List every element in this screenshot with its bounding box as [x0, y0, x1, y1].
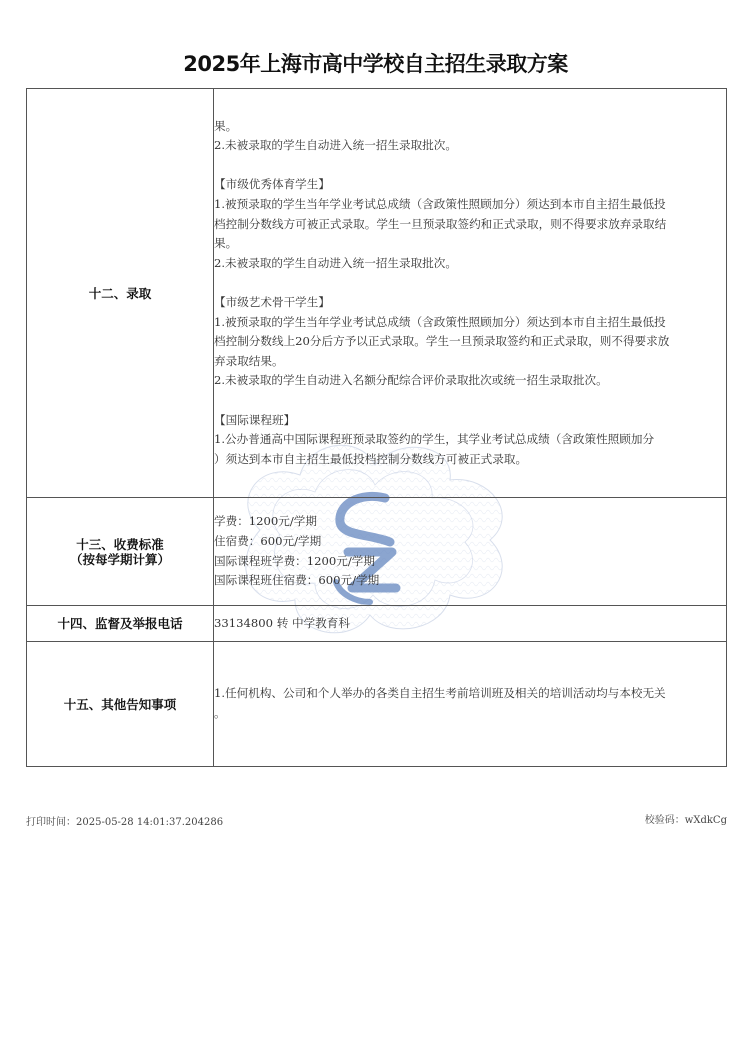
blank-line: [214, 273, 726, 293]
blank-line: [214, 156, 726, 176]
content-line: 1.被预录取的学生当年学业考试总成绩（含政策性照顾加分）须达到本市自主招生最低投: [214, 195, 726, 215]
hotline-text: 33134800 转 中学教育科: [214, 614, 726, 634]
section-content: 1.任何机构、公司和个人举办的各类自主招生考前培训班及相关的培训活动均与本校无关…: [214, 642, 727, 767]
section-content: 果。 2.未被录取的学生自动进入统一招生录取批次。 【市级优秀体育学生】 1.被…: [214, 89, 727, 498]
subsection-heading: 【市级艺术骨干学生】: [214, 293, 726, 313]
section-content: 学费：1200元/学期 住宿费：600元/学期 国际课程班学费：1200元/学期…: [214, 498, 727, 606]
section-row-fees: 十三、收费标准 （按每学期计算） 学费：1200元/学期 住宿费：600元/学期…: [27, 498, 727, 606]
fee-line: 国际课程班住宿费：600元/学期: [214, 571, 726, 591]
content-line: ）须达到本市自主招生最低投档控制分数线方可被正式录取。: [214, 450, 726, 470]
section-label: 十五、其他告知事项: [27, 642, 214, 767]
fee-line: 国际课程班学费：1200元/学期: [214, 552, 726, 572]
content-line: 档控制分数线上20分后方予以正式录取。学生一旦预录取签约和正式录取，则不得要求放: [214, 332, 726, 352]
content-line: 1.被预录取的学生当年学业考试总成绩（含政策性照顾加分）须达到本市自主招生最低投: [214, 313, 726, 333]
document-title: 2025年上海市高中学校自主招生录取方案: [0, 48, 751, 78]
section-label-sub: （按每学期计算）: [27, 552, 213, 567]
content-line: 弃录取结果。: [214, 352, 726, 372]
section-label: 十二、录取: [27, 89, 214, 498]
section-label-main: 十三、收费标准: [27, 537, 213, 552]
fee-line: 住宿费：600元/学期: [214, 532, 726, 552]
verify-code: 校验码：wXdkCg: [645, 811, 727, 826]
subsection-heading: 【国际课程班】: [214, 411, 726, 431]
notice-line: 1.任何机构、公司和个人举办的各类自主招生考前培训班及相关的培训活动均与本校无关: [214, 684, 726, 704]
content-line: 果。: [214, 117, 726, 137]
content-line: 果。: [214, 234, 726, 254]
section-row-notices: 十五、其他告知事项 1.任何机构、公司和个人举办的各类自主招生考前培训班及相关的…: [27, 642, 727, 767]
content-line: 2.未被录取的学生自动进入名额分配综合评价录取批次或统一招生录取批次。: [214, 371, 726, 391]
section-label: 十四、监督及举报电话: [27, 606, 214, 642]
blank-line: [214, 391, 726, 411]
section-row-admission: 十二、录取 果。 2.未被录取的学生自动进入统一招生录取批次。 【市级优秀体育学…: [27, 89, 727, 498]
content-line: 档控制分数线方可被正式录取。学生一旦预录取签约和正式录取，则不得要求放弃录取结: [214, 215, 726, 235]
section-row-hotline: 十四、监督及举报电话 33134800 转 中学教育科: [27, 606, 727, 642]
content-line: 1.公办普通高中国际课程班预录取签约的学生，其学业考试总成绩（含政策性照顾加分: [214, 430, 726, 450]
fee-line: 学费：1200元/学期: [214, 512, 726, 532]
content-line: 2.未被录取的学生自动进入统一招生录取批次。: [214, 254, 726, 274]
admission-plan-table: 十二、录取 果。 2.未被录取的学生自动进入统一招生录取批次。 【市级优秀体育学…: [26, 88, 727, 767]
notice-line: 。: [214, 704, 726, 724]
content-line: 2.未被录取的学生自动进入统一招生录取批次。: [214, 136, 726, 156]
section-content: 33134800 转 中学教育科: [214, 606, 727, 642]
section-label: 十三、收费标准 （按每学期计算）: [27, 498, 214, 606]
print-time: 打印时间：2025-05-28 14:01:37.204286: [26, 813, 223, 828]
subsection-heading: 【市级优秀体育学生】: [214, 175, 726, 195]
